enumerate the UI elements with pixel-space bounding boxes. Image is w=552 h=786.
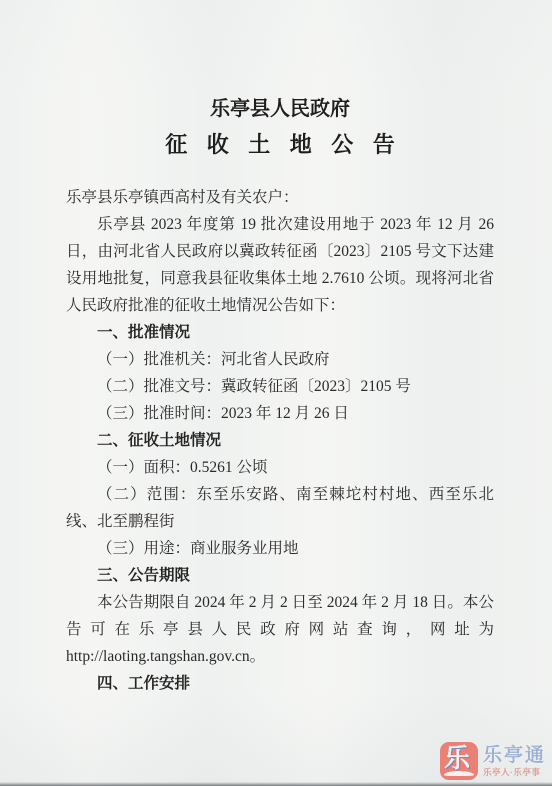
app-icon-wave-decoration <box>444 771 474 776</box>
land-scope-item: （二）范围：东至乐安路、南至棘坨村村地、西至乐北线、北至鹏程街 <box>66 481 494 535</box>
notice-period-paragraph: 本公告期限自 2024 年 2 月 2 日至 2024 年 2 月 18 日。本… <box>66 589 494 670</box>
approval-date-item: （三）批准时间：2023 年 12 月 26 日 <box>66 400 494 427</box>
section-heading-approval: 一、批准情况 <box>66 319 494 346</box>
salutation-line: 乐亭县乐亭镇西高村及有关农户： <box>66 184 494 211</box>
section-heading-notice-period: 三、公告期限 <box>66 562 494 589</box>
land-area-item: （一）面积：0.5261 公顷 <box>66 454 494 481</box>
issuing-authority-title: 乐亭县人民政府 <box>66 96 494 123</box>
letingtong-app-icon: 乐 <box>440 742 478 780</box>
announcement-body: 乐亭县人民政府 征 收 土 地 公 告 乐亭县乐亭镇西高村及有关农户： 乐亭县 … <box>66 96 494 697</box>
section-heading-work-arrangement: 四、工作安排 <box>66 670 494 697</box>
approval-authority-item: （一）批准机关：河北省人民政府 <box>66 346 494 373</box>
scanned-document-page: 乐亭县人民政府 征 收 土 地 公 告 乐亭县乐亭镇西高村及有关农户： 乐亭县 … <box>0 0 552 786</box>
watermark-text-block: 乐亭通 乐亭人·乐亭事 <box>483 746 546 777</box>
approval-document-number-item: （二）批准文号：冀政转征函〔2023〕2105 号 <box>66 373 494 400</box>
app-slogan-label: 乐亭人·乐亭事 <box>483 768 546 777</box>
letingtong-watermark: 乐 乐亭通 乐亭人·乐亭事 <box>440 742 546 780</box>
intro-paragraph: 乐亭县 2023 年度第 19 批次建设用地于 2023 年 12 月 26 日… <box>66 211 494 319</box>
scan-bottom-edge <box>0 782 552 786</box>
app-icon-character: 乐 <box>444 742 470 774</box>
section-heading-land-details: 二、征收土地情况 <box>66 427 494 454</box>
land-use-item: （三）用途：商业服务业用地 <box>66 535 494 562</box>
app-name-label: 乐亭通 <box>483 746 546 765</box>
announcement-title: 征 收 土 地 公 告 <box>66 130 494 160</box>
